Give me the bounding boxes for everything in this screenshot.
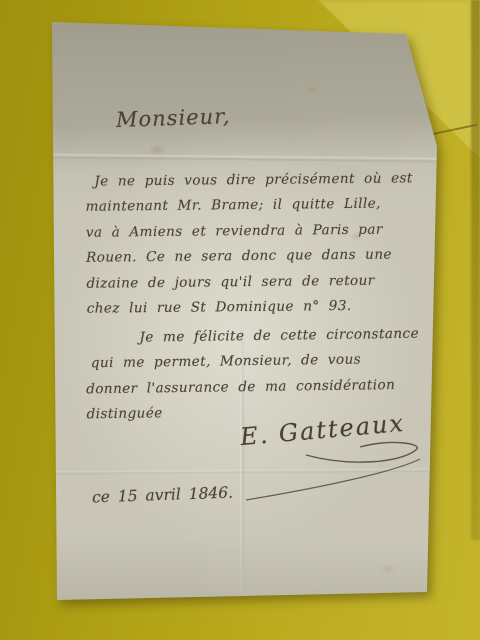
paper-stain <box>380 564 396 574</box>
letter-line: Rouen. Ce ne sera donc que dans une <box>86 243 414 272</box>
letter-line: Je me félicite de cette circonstance <box>139 322 419 351</box>
letter-line: maintenant Mr. Brame; il quitte Lille, <box>85 192 413 221</box>
paper-stain <box>148 144 166 156</box>
letter-line: dizaine de jours qu'il sera de retour <box>86 268 414 297</box>
paper-fold-top <box>50 154 438 162</box>
photo-of-letter: Monsieur, Je ne puis vous dire préciséme… <box>0 0 480 640</box>
backdrop-edge-strip <box>471 0 480 540</box>
letter-line: chez lui rue St Dominique n° 93. <box>87 293 415 322</box>
paper-fold-bottom <box>50 469 438 475</box>
paper-stain <box>306 84 320 94</box>
letter-line: va à Amiens et reviendra à Paris par <box>86 217 414 246</box>
letter-line: donner l'assurance de ma considération <box>86 372 420 402</box>
letter-line: Je ne puis vous dire précisément où est <box>94 166 413 195</box>
letter-paragraph-1: Je ne puis vous dire précisément où est … <box>85 166 414 322</box>
letter-greeting: Monsieur, <box>116 104 231 132</box>
